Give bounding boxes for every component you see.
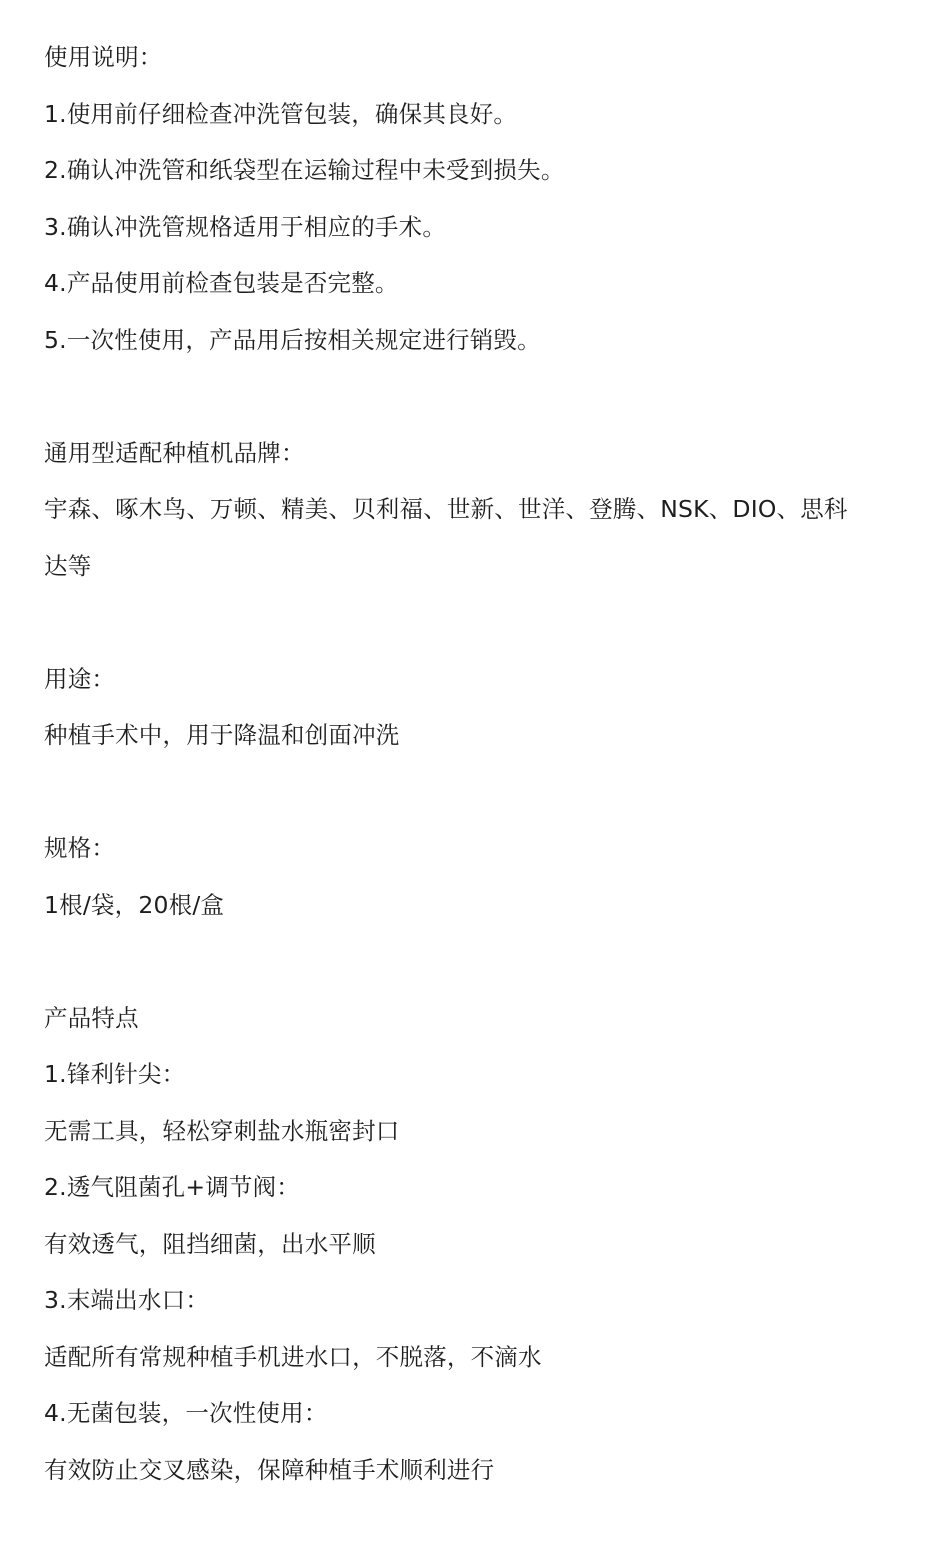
feature-description: 有效防止交叉感染，保障种植手术顺利进行: [44, 1442, 924, 1499]
specification-section: 规格： 1根/袋，20根/盒: [44, 820, 924, 933]
features-heading: 产品特点: [44, 990, 924, 1047]
specification-text: 1根/袋，20根/盒: [44, 877, 924, 934]
compatible-brands-heading: 通用型适配种植机品牌：: [44, 425, 924, 482]
feature-title: 1.锋利针尖：: [44, 1046, 924, 1103]
instructions-heading: 使用说明：: [44, 29, 924, 86]
features-section: 产品特点 1.锋利针尖： 无需工具，轻松穿刺盐水瓶密封口 2.透气阻菌孔+调节阀…: [44, 990, 924, 1499]
feature-description: 无需工具，轻松穿刺盐水瓶密封口: [44, 1103, 924, 1160]
feature-title: 2.透气阻菌孔+调节阀：: [44, 1159, 924, 1216]
usage-section: 用途： 种植手术中，用于降温和创面冲洗: [44, 651, 924, 764]
spacer: [44, 368, 924, 425]
compatible-brands-section: 通用型适配种植机品牌： 宇森、啄木鸟、万顿、精美、贝利福、世新、世洋、登腾、NS…: [44, 425, 924, 595]
compatible-brands-list-continued: 达等: [44, 538, 924, 595]
feature-title: 3.末端出水口：: [44, 1272, 924, 1329]
instruction-item: 3.确认冲洗管规格适用于相应的手术。: [44, 199, 924, 256]
spacer: [44, 933, 924, 990]
instruction-item: 1.使用前仔细检查冲洗管包装，确保其良好。: [44, 86, 924, 143]
instruction-item: 2.确认冲洗管和纸袋型在运输过程中未受到损失。: [44, 142, 924, 199]
usage-text: 种植手术中，用于降温和创面冲洗: [44, 707, 924, 764]
instruction-item: 5.一次性使用，产品用后按相关规定进行销毁。: [44, 312, 924, 369]
instructions-section: 使用说明： 1.使用前仔细检查冲洗管包装，确保其良好。 2.确认冲洗管和纸袋型在…: [44, 29, 924, 368]
feature-description: 适配所有常规种植手机进水口，不脱落，不滴水: [44, 1329, 924, 1386]
product-description-document: 使用说明： 1.使用前仔细检查冲洗管包装，确保其良好。 2.确认冲洗管和纸袋型在…: [44, 29, 924, 1498]
compatible-brands-list: 宇森、啄木鸟、万顿、精美、贝利福、世新、世洋、登腾、NSK、DIO、思科: [44, 481, 924, 538]
feature-title: 4.无菌包装，一次性使用：: [44, 1385, 924, 1442]
usage-heading: 用途：: [44, 651, 924, 708]
spacer: [44, 764, 924, 821]
spacer: [44, 594, 924, 651]
instruction-item: 4.产品使用前检查包装是否完整。: [44, 255, 924, 312]
specification-heading: 规格：: [44, 820, 924, 877]
feature-description: 有效透气，阻挡细菌，出水平顺: [44, 1216, 924, 1273]
